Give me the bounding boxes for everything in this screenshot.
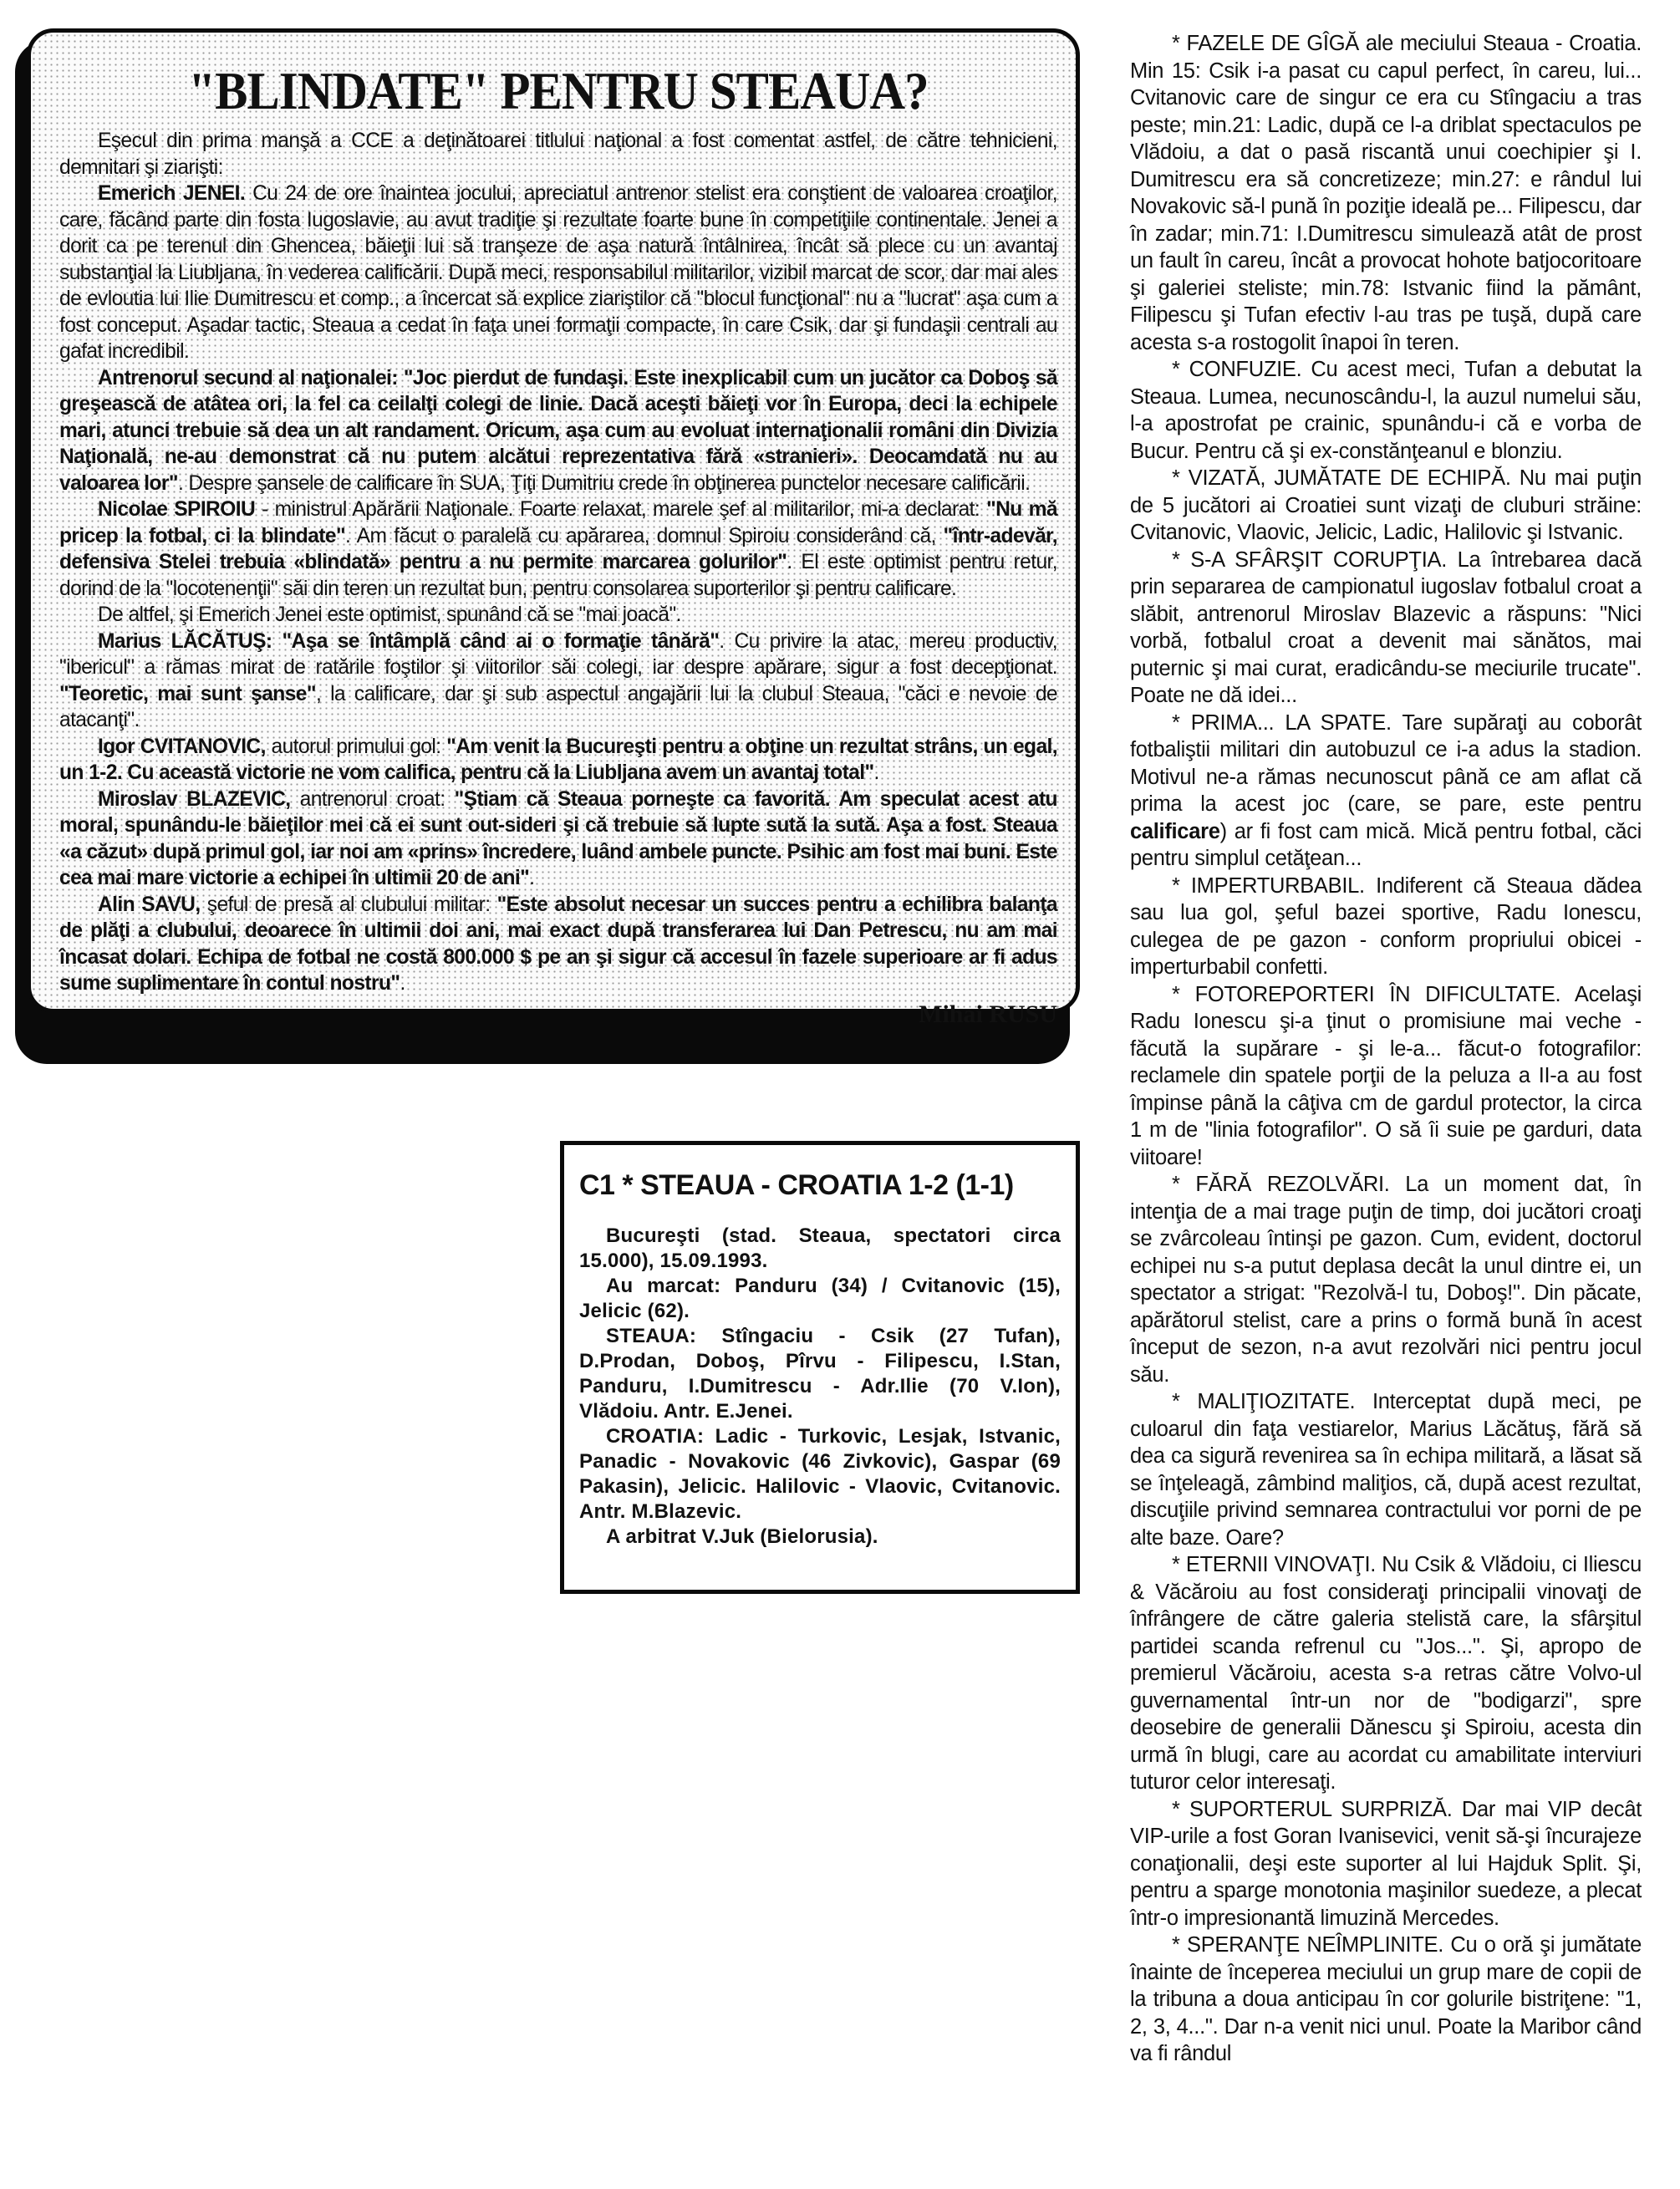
note-item: * SPERANŢE NEÎMPLINITE. Cu o oră şi jumă… <box>1130 1932 1642 2068</box>
speaker-name: Miroslav BLAZEVIC, <box>98 788 291 811</box>
article-paragraph-cvitanovic: Igor CVITANOVIC, autorul primului gol: "… <box>59 734 1057 787</box>
article-box: "BLINDATE" PENTRU STEAUA? Eşecul din pri… <box>27 28 1080 1013</box>
quote: "Teoretic, mai sunt şanse" <box>59 683 316 705</box>
note-keyword: * VIZATĂ, JUMĂTATE DE ECHIPĂ. <box>1172 466 1511 490</box>
note-keyword: * PRIMA... LA SPATE. <box>1172 711 1392 735</box>
sidebar-notes-column: * FAZELE DE GÎGĂ ale meciului Steaua - C… <box>1130 30 1642 2068</box>
match-scorers: Au marcat: Panduru (34) / Cvitanovic (15… <box>579 1274 1061 1324</box>
article-paragraph-jenei-optimist: De altfel, şi Emerich Jenei este optimis… <box>59 602 1057 629</box>
match-title: C1 * STEAUA - CROATIA 1-2 (1-1) <box>579 1168 1061 1202</box>
article-paragraph-jenei: Emerich JENEI. Cu 24 de ore înaintea joc… <box>59 181 1057 365</box>
match-lineup-steaua: STEAUA: Stîngaciu - Csik (27 Tufan), D.P… <box>579 1324 1061 1424</box>
note-item: * PRIMA... LA SPATE. Tare supăraţi au co… <box>1130 710 1642 873</box>
note-item: * IMPERTURBABIL. Indiferent că Steaua dă… <box>1130 873 1642 981</box>
article-paragraph-lacatus: Marius LĂCĂTUŞ: "Aşa se întâmplă când ai… <box>59 629 1057 734</box>
note-item: * VIZATĂ, JUMĂTATE DE ECHIPĂ. Nu mai puţ… <box>1130 465 1642 547</box>
speaker-name: Alin SAVU, <box>98 893 201 916</box>
match-lineup-croatia: CROATIA: Ladic - Turkovic, Lesjak, Istva… <box>579 1424 1061 1525</box>
note-keyword: * CONFUZIE. <box>1172 358 1301 381</box>
note-keyword: * SPERANŢE NEÎMPLINITE. <box>1172 1933 1443 1957</box>
note-keyword: * S-A SFÂRŞIT CORUPŢIA. <box>1172 548 1447 572</box>
quote: "Aşa se întâmplă când ai o formaţie tână… <box>272 630 720 653</box>
byline: Mihai RUSU <box>59 1000 1057 1029</box>
speaker-name: Igor CVITANOVIC, <box>98 736 266 758</box>
speaker-name: Nicolae SPIROIU <box>98 498 255 521</box>
match-result-box: C1 * STEAUA - CROATIA 1-2 (1-1) Bucureşt… <box>560 1141 1080 1594</box>
note-item: * FĂRĂ REZOLVĂRI. La un moment dat, în i… <box>1130 1171 1642 1388</box>
speaker-name: Emerich JENEI. <box>98 182 245 205</box>
article-paragraph-savu: Alin SAVU, şeful de presă al clubului mi… <box>59 892 1057 997</box>
note-keyword: * IMPERTURBABIL. <box>1172 874 1365 898</box>
note-item: * FOTOREPORTERI ÎN DIFICULTATE. Acelaşi … <box>1130 981 1642 1172</box>
speaker-name: Antrenorul secund al naţionalei: <box>98 367 398 389</box>
article-paragraph-secund: Antrenorul secund al naţionalei: "Joc pi… <box>59 365 1057 497</box>
note-item: * SUPORTERUL SURPRIZĂ. Dar mai VIP decât… <box>1130 1796 1642 1932</box>
note-item: * S-A SFÂRŞIT CORUPŢIA. La întrebarea da… <box>1130 547 1642 710</box>
article-paragraph-blazevic: Miroslav BLAZEVIC, antrenorul croat: "Şt… <box>59 787 1057 892</box>
note-keyword: * FOTOREPORTERI ÎN DIFICULTATE. <box>1172 983 1560 1006</box>
note-keyword: * FĂRĂ REZOLVĂRI. <box>1172 1173 1390 1196</box>
note-keyword: * ETERNII VINOVAŢI. <box>1172 1553 1376 1576</box>
match-venue: Bucureşti (stad. Steaua, spectatori circ… <box>579 1224 1061 1274</box>
speaker-name: Marius LĂCĂTUŞ: <box>98 630 272 653</box>
note-item: * FAZELE DE GÎGĂ ale meciului Steaua - C… <box>1130 30 1642 356</box>
article-intro: Eşecul din prima manşă a CCE a deţinătoa… <box>59 128 1057 181</box>
note-keyword: * MALIŢIOZITATE. <box>1172 1390 1355 1413</box>
note-keyword: * SUPORTERUL SURPRIZĂ. <box>1172 1798 1453 1821</box>
note-item: * CONFUZIE. Cu acest meci, Tufan a debut… <box>1130 356 1642 465</box>
note-item: * MALIŢIOZITATE. Interceptat după meci, … <box>1130 1388 1642 1551</box>
article-headline: "BLINDATE" PENTRU STEAUA? <box>99 61 1017 121</box>
match-referee: A arbitrat V.Juk (Bielorusia). <box>579 1525 1061 1550</box>
note-keyword: * FAZELE DE GÎGĂ <box>1172 32 1359 55</box>
article-paragraph-spiroiu: Nicolae SPIROIU - ministrul Apărării Naţ… <box>59 496 1057 602</box>
note-item: * ETERNII VINOVAŢI. Nu Csik & Vlădoiu, c… <box>1130 1551 1642 1796</box>
